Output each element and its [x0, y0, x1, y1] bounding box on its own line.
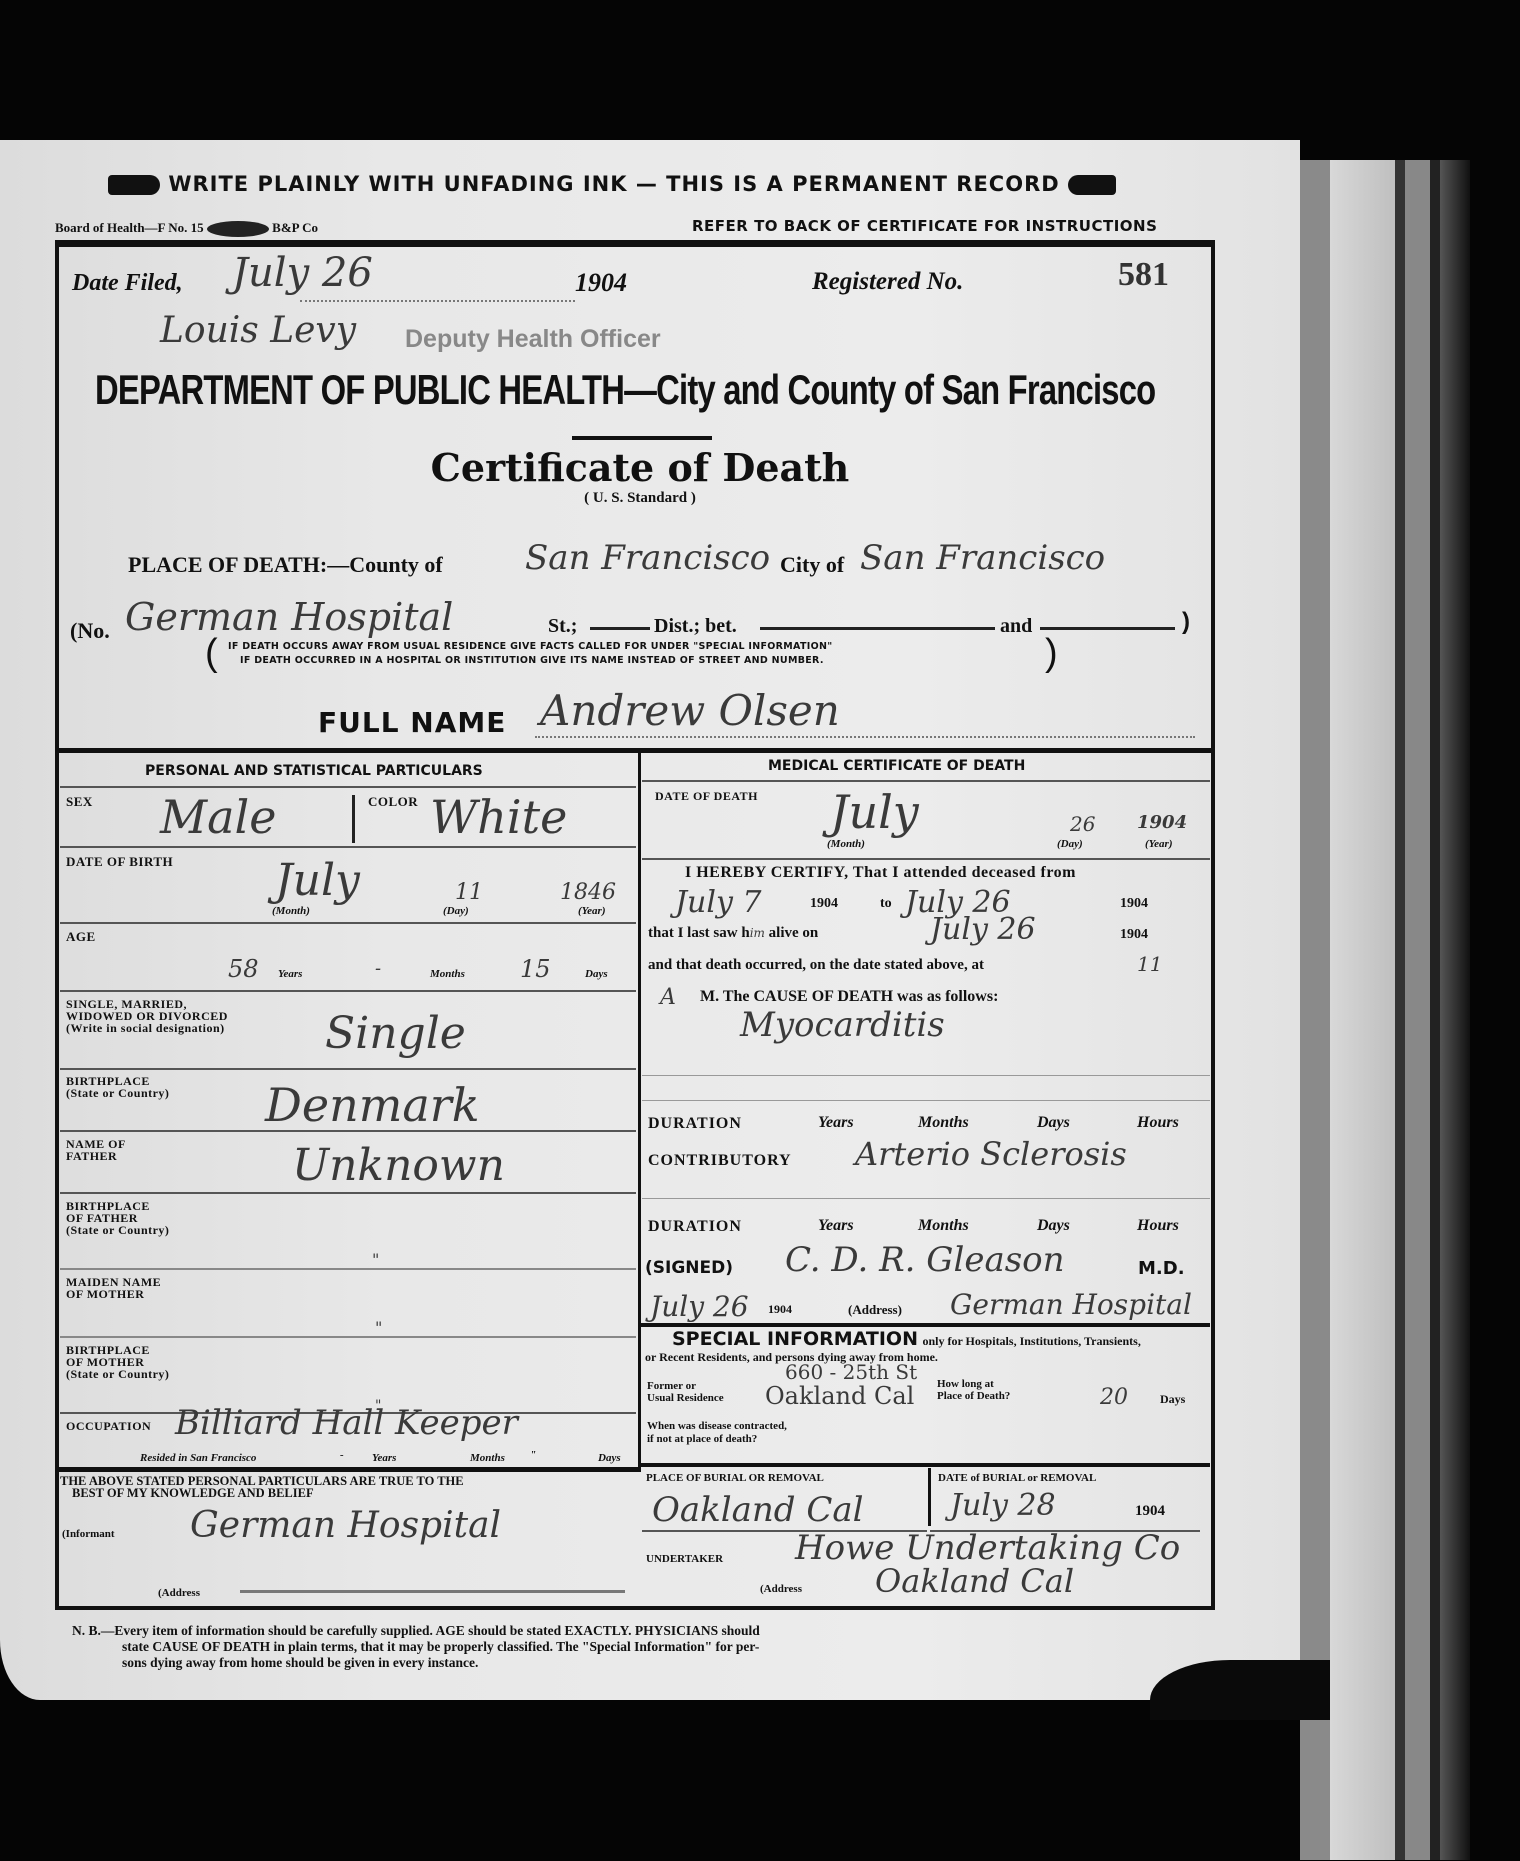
sex-label: SEX [66, 795, 93, 808]
years-caption: Years [278, 968, 302, 980]
color-value: White [430, 790, 567, 844]
row-line [60, 1192, 636, 1194]
row-line [642, 1198, 1210, 1199]
full-name-label: FULL NAME [318, 706, 506, 739]
residence-line-2: Oakland Cal [765, 1382, 914, 1410]
dob-year: 1846 [560, 880, 616, 905]
date-filed-label: Date Filed, [72, 270, 183, 297]
label-line: (State or Country) [66, 1224, 169, 1236]
fill-line [590, 627, 650, 630]
field-divider [352, 795, 355, 843]
book-binding [1405, 160, 1430, 1860]
row-line [60, 1130, 636, 1132]
row-line [60, 786, 636, 788]
day-caption: (Day) [443, 905, 469, 917]
last-saw-pronoun: im [750, 926, 765, 940]
dob-day: 11 [455, 880, 483, 905]
burial-date-label: DATE of BURIAL or REMOVAL [938, 1472, 1096, 1484]
mother-birthplace-label: BIRTHPLACE OF MOTHER (State or Country) [66, 1344, 169, 1380]
color-label: COLOR [368, 795, 418, 808]
dob-label: DATE OF BIRTH [66, 855, 173, 868]
special-title-text: SPECIAL INFORMATION [672, 1328, 918, 1350]
officer-signature: Louis Levy [160, 310, 356, 351]
label-line: if not at place of death? [647, 1433, 787, 1446]
label-line: (Write in social designation) [66, 1022, 228, 1034]
physician-signature: C. D. R. Gleason [785, 1240, 1065, 1280]
label-line: (State or Country) [66, 1368, 169, 1380]
place-of-death-label: PLACE OF DEATH:—County of [128, 552, 443, 578]
attended-from-year: 1904 [810, 896, 838, 912]
fill-line [1040, 627, 1175, 630]
year-caption: (Year) [578, 905, 606, 917]
resided-months: " [530, 1449, 536, 1461]
section-divider [640, 1463, 1210, 1467]
father-name-value: Unknown [292, 1140, 505, 1191]
label-line: (State or Country) [66, 1087, 169, 1099]
instructions-ref: REFER TO BACK OF CERTIFICATE FOR INSTRUC… [692, 217, 1157, 235]
and-label: and [1000, 615, 1032, 638]
death-hour: 11 [1137, 952, 1162, 976]
months-caption: Months [430, 968, 465, 980]
row-line [60, 1068, 636, 1070]
label-line: Usual Residence [647, 1392, 724, 1404]
years-caption: Years [818, 1114, 854, 1132]
certify-text: I HEREBY CERTIFY, That I attended deceas… [685, 864, 1076, 882]
street-no-label: (No. [70, 618, 110, 644]
label-line: Former or [647, 1380, 724, 1392]
duration-label: DURATION [648, 1115, 742, 1133]
row-line [642, 1100, 1210, 1101]
year-caption: (Year) [1145, 838, 1173, 850]
column-divider [638, 750, 641, 1472]
contributory-value: Arterio Sclerosis [855, 1135, 1127, 1173]
cause-text: M. The CAUSE OF DEATH was as follows: [700, 988, 998, 1006]
duration-label: DURATION [648, 1218, 742, 1236]
pointing-hand-icon [108, 175, 160, 195]
officer-title: Deputy Health Officer [405, 325, 661, 354]
statement-line: BEST OF MY KNOWLEDGE AND BELIEF [60, 1487, 464, 1499]
month-caption: (Month) [827, 838, 865, 850]
ink-notice: WRITE PLAINLY WITH UNFADING INK — THIS I… [108, 172, 1116, 196]
undertaker-address-label: (Address [760, 1583, 802, 1595]
dod-day: 26 [1070, 812, 1095, 836]
dod-label: DATE OF DEATH [655, 790, 758, 803]
paren: ( [205, 632, 218, 675]
residence-label: Former or Usual Residence [647, 1380, 724, 1404]
footnote-line: sons dying away from home should be give… [72, 1655, 760, 1671]
father-name-label: NAME OF FATHER [66, 1138, 126, 1162]
how-long-value: 20 [1100, 1385, 1128, 1410]
book-binding [1440, 160, 1470, 1860]
footnote: N. B.—Every item of information should b… [72, 1623, 760, 1671]
row-line [60, 1336, 636, 1338]
row-line [60, 922, 636, 924]
burial-place-value: Oakland Cal [652, 1490, 864, 1530]
age-months: - [375, 958, 381, 979]
certificate-title: Certificate of Death [0, 445, 1280, 490]
pointing-hand-icon [1068, 175, 1116, 195]
contributory-label: CONTRIBUTORY [648, 1152, 792, 1170]
fill-line [535, 736, 1195, 738]
father-birthplace-label: BIRTHPLACE OF FATHER (State or Country) [66, 1200, 169, 1236]
resided-years-caption: Years [372, 1452, 396, 1464]
page-shadow [1150, 1660, 1330, 1720]
medical-header: MEDICAL CERTIFICATE OF DEATH [768, 758, 1025, 774]
cause-value: Myocarditis [740, 1005, 945, 1045]
section-divider [58, 748, 1213, 753]
days-caption: Days [1037, 1114, 1070, 1132]
physician-address: German Hospital [950, 1288, 1192, 1321]
resided-years: - [340, 1449, 344, 1461]
days-caption: Days [585, 968, 608, 980]
book-binding [1330, 160, 1400, 1860]
fill-line [760, 627, 995, 630]
attended-to-year: 1904 [1120, 896, 1148, 912]
contracted-label: When was disease contracted, if not at p… [647, 1420, 787, 1446]
dod-month: July [830, 785, 919, 839]
signed-label: (SIGNED) [645, 1258, 733, 1278]
dod-year: 1904 [1137, 812, 1187, 833]
age-days: 15 [520, 955, 551, 983]
book-binding [1395, 160, 1405, 1860]
row-line [60, 846, 636, 848]
md-label: M.D. [1138, 1258, 1185, 1279]
last-saw-year: 1904 [1120, 927, 1148, 943]
age-years: 58 [228, 955, 259, 983]
marital-value: Single [325, 1008, 466, 1059]
how-long-days: Days [1160, 1392, 1185, 1407]
fill-line [300, 300, 575, 302]
fill-line [240, 1590, 625, 1593]
row-line [60, 1268, 636, 1270]
signed-date: July 26 [650, 1290, 749, 1323]
days-caption: Days [1037, 1217, 1070, 1235]
occupation-label: OCCUPATION [66, 1420, 151, 1433]
label-line: When was disease contracted, [647, 1420, 787, 1433]
day-caption: (Day) [1057, 838, 1083, 850]
district-label: Dist.; bet. [654, 615, 737, 638]
row-line [60, 990, 636, 992]
months-caption: Months [918, 1114, 969, 1132]
months-caption: Months [918, 1217, 969, 1235]
undertaker-label: UNDERTAKER [646, 1553, 723, 1565]
alive-on-text: alive on [769, 925, 819, 941]
personal-header: PERSONAL AND STATISTICAL PARTICULARS [145, 763, 483, 779]
burial-year: 1904 [1135, 1503, 1165, 1520]
union-label-icon [207, 221, 269, 237]
footnote-line: N. B.—Every item of information should b… [72, 1623, 760, 1639]
informant-value: German Hospital [190, 1505, 501, 1546]
street-no-value: German Hospital [125, 595, 453, 639]
father-birthplace-value: " [372, 1250, 379, 1269]
last-saw-date: July 26 [930, 912, 1036, 947]
burial-place-label: PLACE OF BURIAL OR REMOVAL [646, 1472, 824, 1484]
county-value: San Francisco [525, 538, 770, 578]
footnote-line: state CAUSE OF DEATH in plain terms, tha… [72, 1639, 760, 1655]
undertaker-address: Oakland Cal [875, 1562, 1074, 1600]
row-line [642, 1075, 1210, 1076]
city-value: San Francisco [860, 538, 1105, 578]
marital-label: SINGLE, MARRIED, WIDOWED OR DIVORCED (Wr… [66, 998, 228, 1034]
last-saw-text: that I last saw h [648, 925, 750, 941]
paren: ) [1045, 632, 1058, 675]
notice-text: WRITE PLAINLY WITH UNFADING INK — THIS I… [168, 172, 1059, 196]
form-id: Board of Health—F No. 15 B&P Co [55, 220, 318, 237]
resided-label: Resided in San Francisco [140, 1452, 256, 1464]
birthplace-value: Denmark [265, 1078, 480, 1132]
label-line: How long at [937, 1378, 1010, 1390]
special-info-title: SPECIAL INFORMATION only for Hospitals, … [672, 1328, 1141, 1350]
burial-date-value: July 28 [950, 1488, 1056, 1523]
occurred-text: and that death occurred, on the date sta… [648, 957, 984, 974]
instruction-line-1: IF DEATH OCCURS AWAY FROM USUAL RESIDENC… [228, 641, 832, 652]
certificate-subtitle: ( U. S. Standard ) [0, 490, 1280, 507]
residence-line-1: 660 - 25th St [785, 1360, 917, 1384]
section-divider [640, 1323, 1210, 1327]
city-label: City of [780, 552, 844, 578]
row-line [642, 858, 1210, 860]
occupation-value: Billiard Hall Keeper [175, 1403, 518, 1443]
section-divider [58, 1467, 640, 1472]
full-name-value: Andrew Olsen [540, 686, 840, 735]
street-label: St.; [548, 615, 577, 638]
field-divider [928, 1468, 931, 1526]
death-meridiem: A [660, 985, 676, 1010]
month-caption: (Month) [272, 905, 310, 917]
age-label: AGE [66, 930, 96, 943]
mother-name-label: MAIDEN NAME OF MOTHER [66, 1276, 161, 1300]
resided-months-caption: Months [470, 1452, 505, 1464]
to-label: to [880, 896, 892, 912]
date-filed-year: 1904 [575, 268, 627, 298]
label-line: OF MOTHER [66, 1288, 161, 1300]
registered-number: 581 [1118, 256, 1169, 294]
instruction-line-2: IF DEATH OCCURRED IN A HOSPITAL OR INSTI… [240, 655, 824, 666]
informant-statement: THE ABOVE STATED PERSONAL PARTICULARS AR… [60, 1475, 464, 1499]
last-saw-label: that I last saw him alive on [648, 925, 818, 942]
label-line: Place of Death? [937, 1390, 1010, 1402]
row-line [642, 780, 1210, 782]
resided-days-caption: Days [598, 1452, 621, 1464]
signed-year: 1904 [768, 1302, 792, 1317]
paren: ) [1182, 608, 1190, 636]
registered-label: Registered No. [812, 268, 963, 296]
sex-value: Male [160, 790, 276, 844]
how-long-label: How long at Place of Death? [937, 1378, 1010, 1402]
date-filed-value: July 26 [232, 250, 572, 296]
dob-month: July [275, 855, 360, 906]
book-binding [1430, 160, 1440, 1860]
form-id-text: Board of Health—F No. 15 [55, 220, 204, 235]
informant-address-label: (Address [158, 1587, 200, 1599]
informant-label: (Informant [62, 1528, 115, 1540]
birthplace-label: BIRTHPLACE (State or Country) [66, 1075, 169, 1099]
divider [572, 436, 712, 440]
hours-caption: Hours [1137, 1114, 1179, 1132]
physician-address-label: (Address) [848, 1302, 902, 1318]
label-line: FATHER [66, 1150, 126, 1162]
attended-from: July 7 [675, 885, 762, 920]
years-caption: Years [818, 1217, 854, 1235]
mother-name-value: " [375, 1318, 382, 1337]
special-subtitle: only for Hospitals, Institutions, Transi… [922, 1334, 1140, 1348]
hours-caption: Hours [1137, 1217, 1179, 1235]
printer-text: B&P Co [272, 220, 318, 235]
department-title: DEPARTMENT OF PUBLIC HEALTH—City and Cou… [95, 366, 1155, 414]
book-binding [1300, 160, 1330, 1860]
